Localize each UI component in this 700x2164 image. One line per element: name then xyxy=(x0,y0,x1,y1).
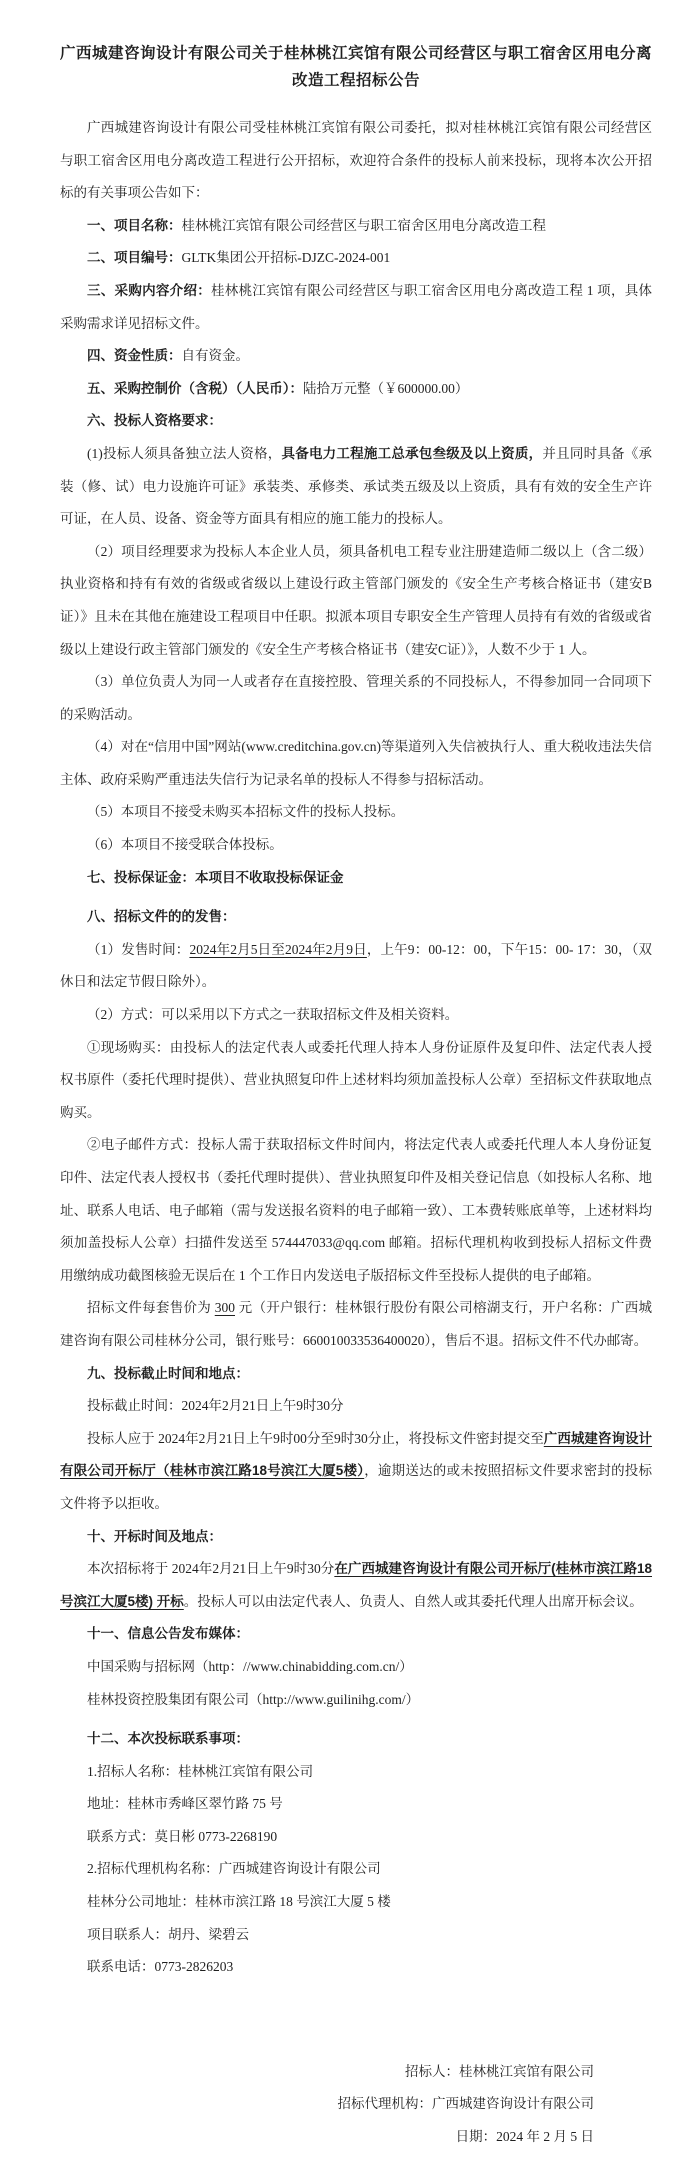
text-run: 投标截止时间：2024年2月21日上午9时30分 xyxy=(87,1398,344,1413)
text-run: （1）发售时间： xyxy=(87,942,189,957)
text-run: 七、投标保证金：本项目不收取投标保证金 xyxy=(87,870,344,885)
text-run: 十一、信息公告发布媒体： xyxy=(87,1626,249,1641)
text-run: （5）本项目不接受未购买本招标文件的投标人投标。 xyxy=(87,804,404,819)
signature-agency: 招标代理机构：广西城建咨询设计有限公司 xyxy=(60,2088,652,2121)
qualification-item-5: （5）本项目不接受未购买本招标文件的投标人投标。 xyxy=(60,796,652,829)
text-run: 十二、本次投标联系事项： xyxy=(87,1731,249,1746)
title-line-1: 广西城建咨询设计有限公司关于桂林桃江宾馆有限公司经营区与职工宿舍区用电分离 xyxy=(60,45,652,62)
qualification-item-2: （2）项目经理要求为投标人本企业人员，须具备机电工程专业注册建造师二级以上（含二… xyxy=(60,536,652,666)
title-line-2: 改造工程招标公告 xyxy=(292,72,420,89)
bid-opening: 本次招标将于 2024年2月21日上午9时30分在广西城建咨询设计有限公司开标厅… xyxy=(60,1553,652,1618)
intro-paragraph: 广西城建咨询设计有限公司受桂林桃江宾馆有限公司委托，拟对桂林桃江宾馆有限公司经营… xyxy=(60,112,652,210)
section-9-deadline-heading: 九、投标截止时间和地点： xyxy=(60,1358,652,1391)
bid-deadline: 投标截止时间：2024年2月21日上午9时30分 xyxy=(60,1390,652,1423)
text-run: 。投标人可以由法定代表人、负责人、自然人或其委托代理人出席开标会议。 xyxy=(184,1594,643,1609)
text-run: 项目联系人：胡丹、梁碧云 xyxy=(87,1927,249,1942)
section-5-control-price: 五、采购控制价（含税）（人民币）：陆拾万元整（￥600000.00） xyxy=(60,373,652,406)
section-6-qualification-heading: 六、投标人资格要求： xyxy=(60,405,652,438)
section-12-contact-heading: 十二、本次投标联系事项： xyxy=(60,1723,652,1756)
text-run: 广西城建咨询设计有限公司受桂林桃江宾馆有限公司委托，拟对桂林桃江宾馆有限公司经营… xyxy=(60,120,652,200)
section-2-project-number: 二、项目编号：GLTK集团公开招标-DJZC-2024-001 xyxy=(60,242,652,275)
text-run: 八、招标文件的的发售： xyxy=(87,909,236,924)
text-run: ②电子邮件方式：投标人需于获取招标文件时间内，将法定代表人或委托代理人本人身份证… xyxy=(60,1137,652,1282)
media-guilinihg: 桂林投资控股集团有限公司（http://www.guilinihg.com/） xyxy=(60,1684,652,1717)
agency-branch-address: 桂林分公司地址：桂林市滨江路 18 号滨江大厦 5 楼 xyxy=(60,1886,652,1919)
text-run: 联系方式：莫日彬 0773-2268190 xyxy=(87,1829,277,1844)
section-10-opening-heading: 十、开标时间及地点： xyxy=(60,1521,652,1554)
text-run: 投标人应于 2024年2月21日上午9时00分至9时30分止，将投标文件密封提交… xyxy=(87,1431,544,1446)
sale-price: 招标文件每套售价为 300 元（开户银行：桂林银行股份有限公司榕湖支行，开户名称… xyxy=(60,1292,652,1357)
agency-name: 2.招标代理机构名称：广西城建咨询设计有限公司 xyxy=(60,1853,652,1886)
text-run: 2024年2月5日至2024年2月9日 xyxy=(189,942,366,957)
qualification-item-6: （6）本项目不接受联合体投标。 xyxy=(60,829,652,862)
section-4-fund-nature: 四、资金性质：自有资金。 xyxy=(60,340,652,373)
sale-method: （2）方式：可以采用以下方式之一获取招标文件及相关资料。 xyxy=(60,999,652,1032)
tenderer-contact: 联系方式：莫日彬 0773-2268190 xyxy=(60,1821,652,1854)
text-run: 2.招标代理机构名称：广西城建咨询设计有限公司 xyxy=(87,1861,381,1876)
text-run: 六、投标人资格要求： xyxy=(87,413,222,428)
project-phone: 联系电话：0773-2826203 xyxy=(60,1951,652,1984)
media-chinabidding: 中国采购与招标网（http：//www.chinabidding.com.cn/… xyxy=(60,1651,652,1684)
text-run: 1.招标人名称：桂林桃江宾馆有限公司 xyxy=(87,1764,313,1779)
text-run: 五、采购控制价（含税）（人民币）： xyxy=(87,381,303,396)
document-body: 广西城建咨询设计有限公司受桂林桃江宾馆有限公司委托，拟对桂林桃江宾馆有限公司经营… xyxy=(60,112,652,2154)
text-run: 十、开标时间及地点： xyxy=(87,1529,222,1544)
text-run: 日期：2024 年 2 月 5 日 xyxy=(456,2129,594,2144)
text-run: 中国采购与招标网（http：//www.chinabidding.com.cn/… xyxy=(87,1659,413,1674)
text-run: 桂林桃江宾馆有限公司经营区与职工宿舍区用电分离改造工程 xyxy=(182,218,547,233)
qualification-item-4: （4）对在“信用中国”网站(www.creditchina.gov.cn)等渠道… xyxy=(60,731,652,796)
document-title: 广西城建咨询设计有限公司关于桂林桃江宾馆有限公司经营区与职工宿舍区用电分离 改造… xyxy=(60,40,652,94)
text-run: 桂林分公司地址：桂林市滨江路 18 号滨江大厦 5 楼 xyxy=(87,1894,391,1909)
sale-method-onsite: ①现场购买：由投标人的法定代表人或委托代理人持本人身份证原件及复印件、法定代表人… xyxy=(60,1032,652,1130)
text-run: 二、项目编号： xyxy=(87,250,182,265)
section-7-bid-bond: 七、投标保证金：本项目不收取投标保证金 xyxy=(60,862,652,895)
section-3-procurement-content: 三、采购内容介绍：桂林桃江宾馆有限公司经营区与职工宿舍区用电分离改造工程 1 项… xyxy=(60,275,652,340)
bid-submission: 投标人应于 2024年2月21日上午9时00分至9时30分止，将投标文件密封提交… xyxy=(60,1423,652,1521)
text-run: 300 xyxy=(215,1300,235,1315)
section-8-document-sale-heading: 八、招标文件的的发售： xyxy=(60,901,652,934)
section-1-project-name: 一、项目名称：桂林桃江宾馆有限公司经营区与职工宿舍区用电分离改造工程 xyxy=(60,210,652,243)
section-11-media-heading: 十一、信息公告发布媒体： xyxy=(60,1618,652,1651)
text-run: 联系电话：0773-2826203 xyxy=(87,1959,233,1974)
text-run: 具备电力工程施工总承包叁级及以上资质， xyxy=(281,446,542,461)
text-run: 九、投标截止时间和地点： xyxy=(87,1366,249,1381)
text-run: GLTK集团公开招标-DJZC-2024-001 xyxy=(182,250,391,265)
text-run: 招标文件每套售价为 xyxy=(87,1300,215,1315)
text-run: （6）本项目不接受联合体投标。 xyxy=(87,837,283,852)
sale-time: （1）发售时间：2024年2月5日至2024年2月9日，上午9：00-12：00… xyxy=(60,934,652,999)
text-run: （2）方式：可以采用以下方式之一获取招标文件及相关资料。 xyxy=(87,1007,458,1022)
text-run: （2）项目经理要求为投标人本企业人员，须具备机电工程专业注册建造师二级以上（含二… xyxy=(60,544,652,657)
text-run: 地址：桂林市秀峰区翠竹路 75 号 xyxy=(87,1796,283,1811)
qualification-item-3: （3）单位负责人为同一人或者存在直接控股、管理关系的不同投标人，不得参加同一合同… xyxy=(60,666,652,731)
text-run: ①现场购买：由投标人的法定代表人或委托代理人持本人身份证原件及复印件、法定代表人… xyxy=(60,1040,652,1120)
sale-method-email: ②电子邮件方式：投标人需于获取招标文件时间内，将法定代表人或委托代理人本人身份证… xyxy=(60,1129,652,1292)
document-page: 广西城建咨询设计有限公司关于桂林桃江宾馆有限公司经营区与职工宿舍区用电分离 改造… xyxy=(0,0,700,2164)
qualification-item-1: (1)投标人须具备独立法人资格，具备电力工程施工总承包叁级及以上资质，并且同时具… xyxy=(60,438,652,536)
text-run: 本次招标将于 2024年2月21日上午9时30分 xyxy=(87,1561,334,1576)
text-run: 自有资金。 xyxy=(182,348,250,363)
tenderer-name: 1.招标人名称：桂林桃江宾馆有限公司 xyxy=(60,1756,652,1789)
text-run: 招标代理机构：广西城建咨询设计有限公司 xyxy=(338,2096,595,2111)
text-run: （4）对在“信用中国”网站(www.creditchina.gov.cn)等渠道… xyxy=(60,739,652,787)
signature-date: 日期：2024 年 2 月 5 日 xyxy=(60,2121,652,2154)
text-run: 四、资金性质： xyxy=(87,348,182,363)
text-run: 桂林投资控股集团有限公司（http://www.guilinihg.com/） xyxy=(87,1692,419,1707)
text-run: （3）单位负责人为同一人或者存在直接控股、管理关系的不同投标人，不得参加同一合同… xyxy=(60,674,652,722)
text-run: 一、项目名称： xyxy=(87,218,182,233)
text-run: (1)投标人须具备独立法人资格， xyxy=(87,446,281,461)
text-run: 招标人：桂林桃江宾馆有限公司 xyxy=(405,2064,594,2079)
text-run: 三、采购内容介绍： xyxy=(87,283,211,298)
tenderer-address: 地址：桂林市秀峰区翠竹路 75 号 xyxy=(60,1788,652,1821)
text-run: 陆拾万元整（￥600000.00） xyxy=(303,381,468,396)
signature-tenderer: 招标人：桂林桃江宾馆有限公司 xyxy=(60,2056,652,2089)
project-contacts: 项目联系人：胡丹、梁碧云 xyxy=(60,1919,652,1952)
